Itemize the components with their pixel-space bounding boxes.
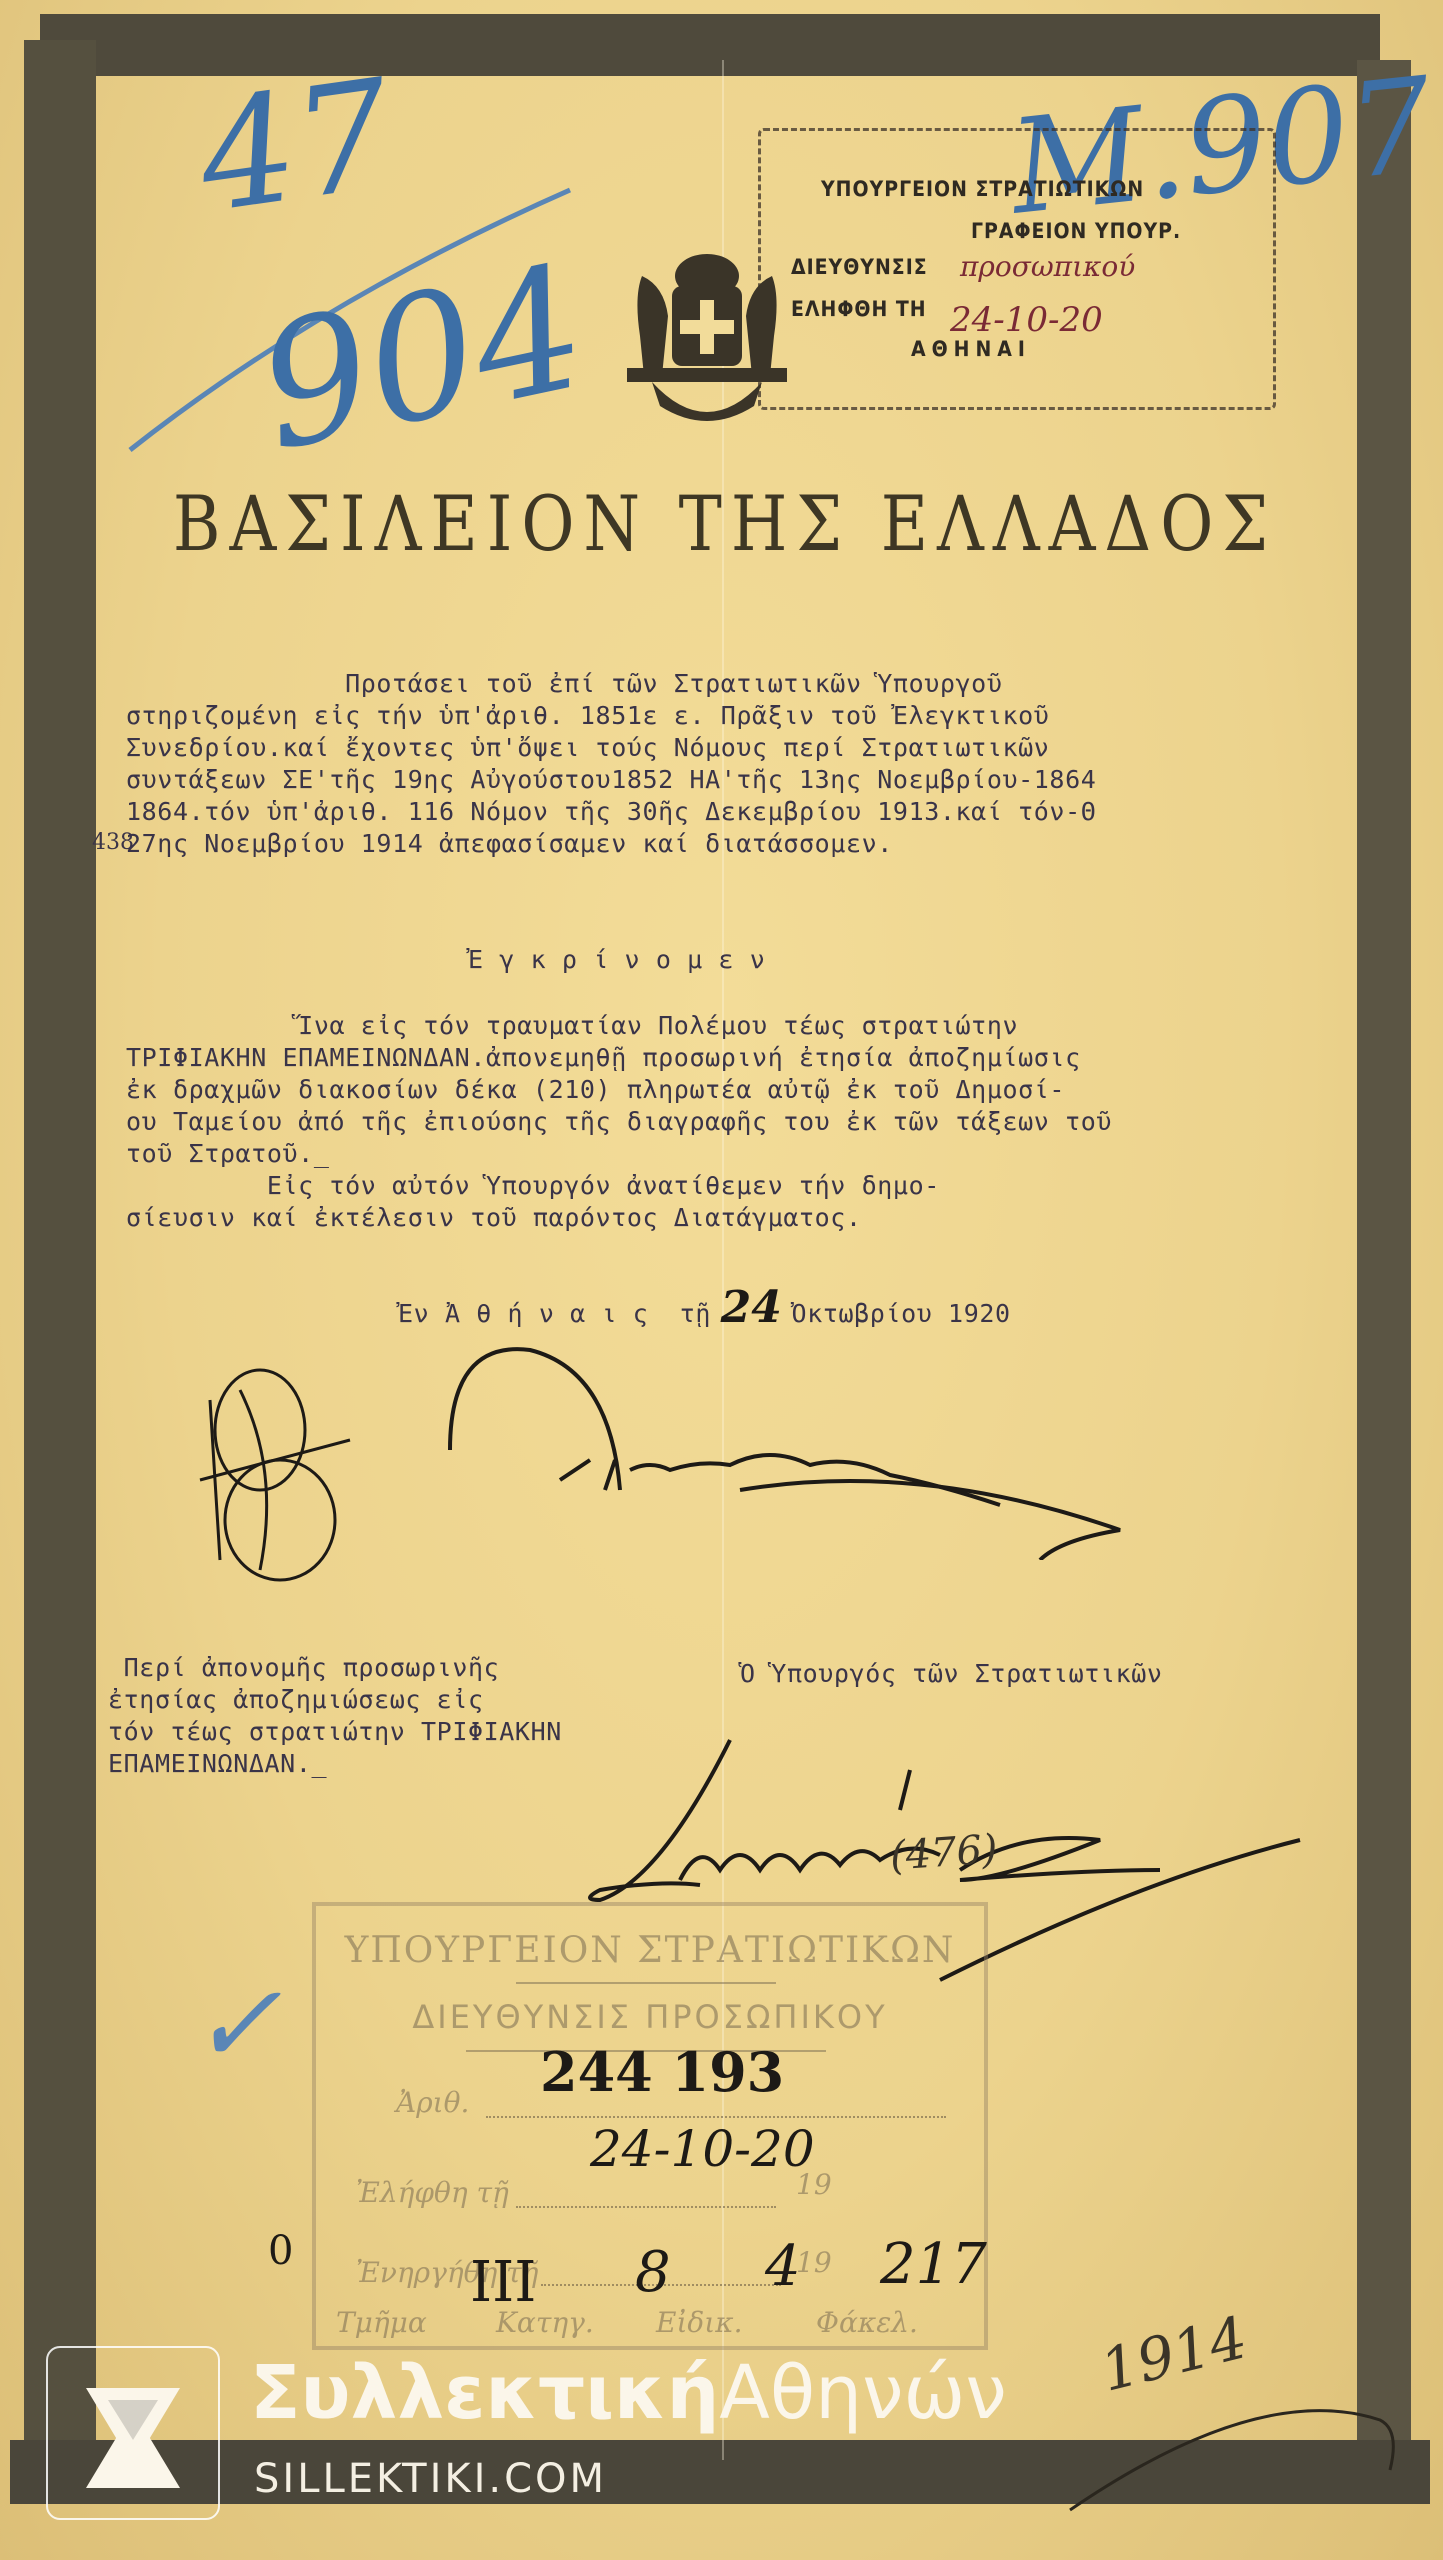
subject-line: ἐτησίας ἀποζημιώσεως εἰς xyxy=(108,1684,562,1716)
field-number-dots xyxy=(486,2116,946,2118)
hourglass-logo-icon xyxy=(48,2348,218,2518)
decree-line: Εἰς τόν αὐτόν Ὑπουργόν ἀνατίθεμεν τήν δη… xyxy=(126,1170,1112,1202)
decree-heading: Ἐ γ κ ρ ί ν ο μ ε ν xyxy=(468,944,765,976)
decree-paragraph: Ἵνα εἰς τόν τραυματίαν Πολέμου τέως στρα… xyxy=(126,1010,1112,1234)
border-left xyxy=(24,40,96,2460)
decree-line: ἐκ δραχμῶν διακοσίων δέκα (210) πληρωτέα… xyxy=(126,1074,1112,1106)
field-number-label: Ἀριθ. xyxy=(396,2086,469,2119)
king-signature-icon xyxy=(430,1340,1190,1560)
document-title: ΒΑΣΙΛΕΙΟΝ ΤΗΣ ΕΛΛΑΔΟΣ xyxy=(150,480,1300,568)
stamp-number-value: 244 193 xyxy=(540,2040,784,2104)
field-received-label: Ἐλήφθη τῇ xyxy=(356,2176,509,2209)
watermark-logo-box xyxy=(46,2346,220,2520)
preamble-line: Συνεδρίου.καί ἔχοντες ὑπ'ὄψει τούς Νόμου… xyxy=(126,732,1096,764)
stamp-received-value: 24-10-20 xyxy=(590,2120,815,2178)
preamble-line: 27ης Νοεμβρίου 1914 ἀπεφασίσαμεν καί δια… xyxy=(126,828,1096,860)
preamble-line: στηριζομένη εἰς τήν ὑπ'ἀριθ. 1851ε ε. Πρ… xyxy=(126,700,1096,732)
watermark-url: SILLEKTIKI.COM xyxy=(254,2456,607,2502)
watermark-brand: ΣυλλεκτικήΑθηνών xyxy=(250,2350,1007,2436)
date-prefix: Ἐν Ἀ θ ή ν α ι ς τῇ xyxy=(398,1299,711,1328)
stamp-line-received-label: ΕΛΗΦΘΗ ΤΗ xyxy=(791,297,927,321)
stamp-received-date: 24-10-20 xyxy=(950,300,1103,340)
date-line: Ἐν Ἀ θ ή ν α ι ς τῇ 24 Ὀκτωβρίου 1920 xyxy=(398,1282,1011,1333)
subject-block: Περί ἀπονομῆς προσωρινῆς ἐτησίας ἀποζημι… xyxy=(108,1652,562,1780)
minister-title: Ὁ Ὑπουργός τῶν Στρατιωτικῶν xyxy=(740,1658,1163,1690)
stamp-line-office: ΓΡΑΦΕΙΟΝ ΥΠΟΥΡ. xyxy=(971,219,1181,243)
preamble-paragraph: Προτάσει τοῦ ἐπί τῶν Στρατιωτικῶν Ὑπουργ… xyxy=(126,668,1096,860)
field-special-label: Εἰδικ. xyxy=(656,2306,743,2339)
stamp-category-value: 8 xyxy=(635,2240,671,2305)
stamp-rule xyxy=(516,1982,776,1984)
preamble-line: συντάξεων ΣΕ'τῆς 19ης Αὐγούστου1852 ΗΑ'τ… xyxy=(126,764,1096,796)
field-processed-year: 19 xyxy=(796,2246,832,2279)
personnel-stamp-subheader: ΔΙΕΥΘΥΝΣΙΣ ΠΡΟΣΩΠΙΚΟΥ xyxy=(316,1998,984,2036)
minister-signature-note: (476) xyxy=(889,1826,1000,1879)
watermark-brand-bold: Συλλεκτική xyxy=(250,2350,719,2436)
decree-line: σίευσιν καί ἐκτέλεσιν τοῦ παρόντος Διατά… xyxy=(126,1202,1112,1234)
decree-line: ΤΡΙΦΙΑΚΗΝ ΕΠΑΜΕΙΝΩΝΔΑΝ.ἀπονεμηθῇ προσωρι… xyxy=(126,1042,1112,1074)
decree-line: τοῦ Στρατοῦ._ xyxy=(126,1138,1112,1170)
border-right xyxy=(1357,60,1411,2460)
date-suffix: Ὀκτωβρίου 1920 xyxy=(792,1299,1011,1328)
stamp-line-ministry: ΥΠΟΥΡΓΕΙΟΝ ΣΤΡΑΤΙΩΤΙΚΩΝ xyxy=(821,177,1144,201)
personnel-stamp-header: ΥΠΟΥΡΓΕΙΟΝ ΣΤΡΑΤΙΩΤΙΚΩΝ xyxy=(316,1930,984,1971)
field-received-dots xyxy=(516,2206,776,2208)
watermark-brand-light: Αθηνών xyxy=(719,2350,1006,2436)
bottom-pen-stroke xyxy=(1060,2400,1400,2520)
preamble-line: Προτάσει τοῦ ἐπί τῶν Στρατιωτικῶν Ὑπουργ… xyxy=(126,668,1096,700)
stamp-direction-value: προσωπικού xyxy=(960,250,1135,283)
stamp-section-value: ΙΙΙ xyxy=(470,2250,536,2315)
subject-line: ΕΠΑΜΕΙΝΩΝΔΑΝ._ xyxy=(108,1748,562,1780)
decree-line: Ἵνα εἰς τόν τραυματίαν Πολέμου τέως στρα… xyxy=(126,1010,1112,1042)
decree-line: ου Ταμείου ἀπό τῆς ἐπιούσης τῆς διαγραφῆ… xyxy=(126,1106,1112,1138)
stamp-special-value: 4 xyxy=(765,2234,801,2299)
stamp-line-city: ΑΘΗΝΑΙ xyxy=(911,337,1031,361)
margin-number: 438 xyxy=(92,830,134,855)
date-day: 24 xyxy=(721,1282,782,1333)
subject-line: Περί ἀπονομῆς προσωρινῆς xyxy=(108,1652,562,1684)
royal-monogram-icon xyxy=(180,1360,380,1600)
blue-check-mark: ✓ xyxy=(190,1960,282,2088)
subject-line: τόν τέως στρατιώτην ΤΡΙΦΙΑΚΗΝ xyxy=(108,1716,562,1748)
royal-crest-icon xyxy=(612,236,802,422)
circle-mark: 0 xyxy=(268,2228,293,2274)
stamp-line-direction-label: ΔΙΕΥΘΥΝΣΙΣ xyxy=(791,255,928,279)
field-folder-label: Φάκελ. xyxy=(816,2306,918,2339)
stamp-folder-value: 217 xyxy=(880,2232,987,2297)
field-section-label: Τμῆμα xyxy=(336,2306,427,2339)
preamble-line: 1864.τόν ὑπ'ἀριθ. 116 Νόμον τῆς 30ῆς Δεκ… xyxy=(126,796,1096,828)
